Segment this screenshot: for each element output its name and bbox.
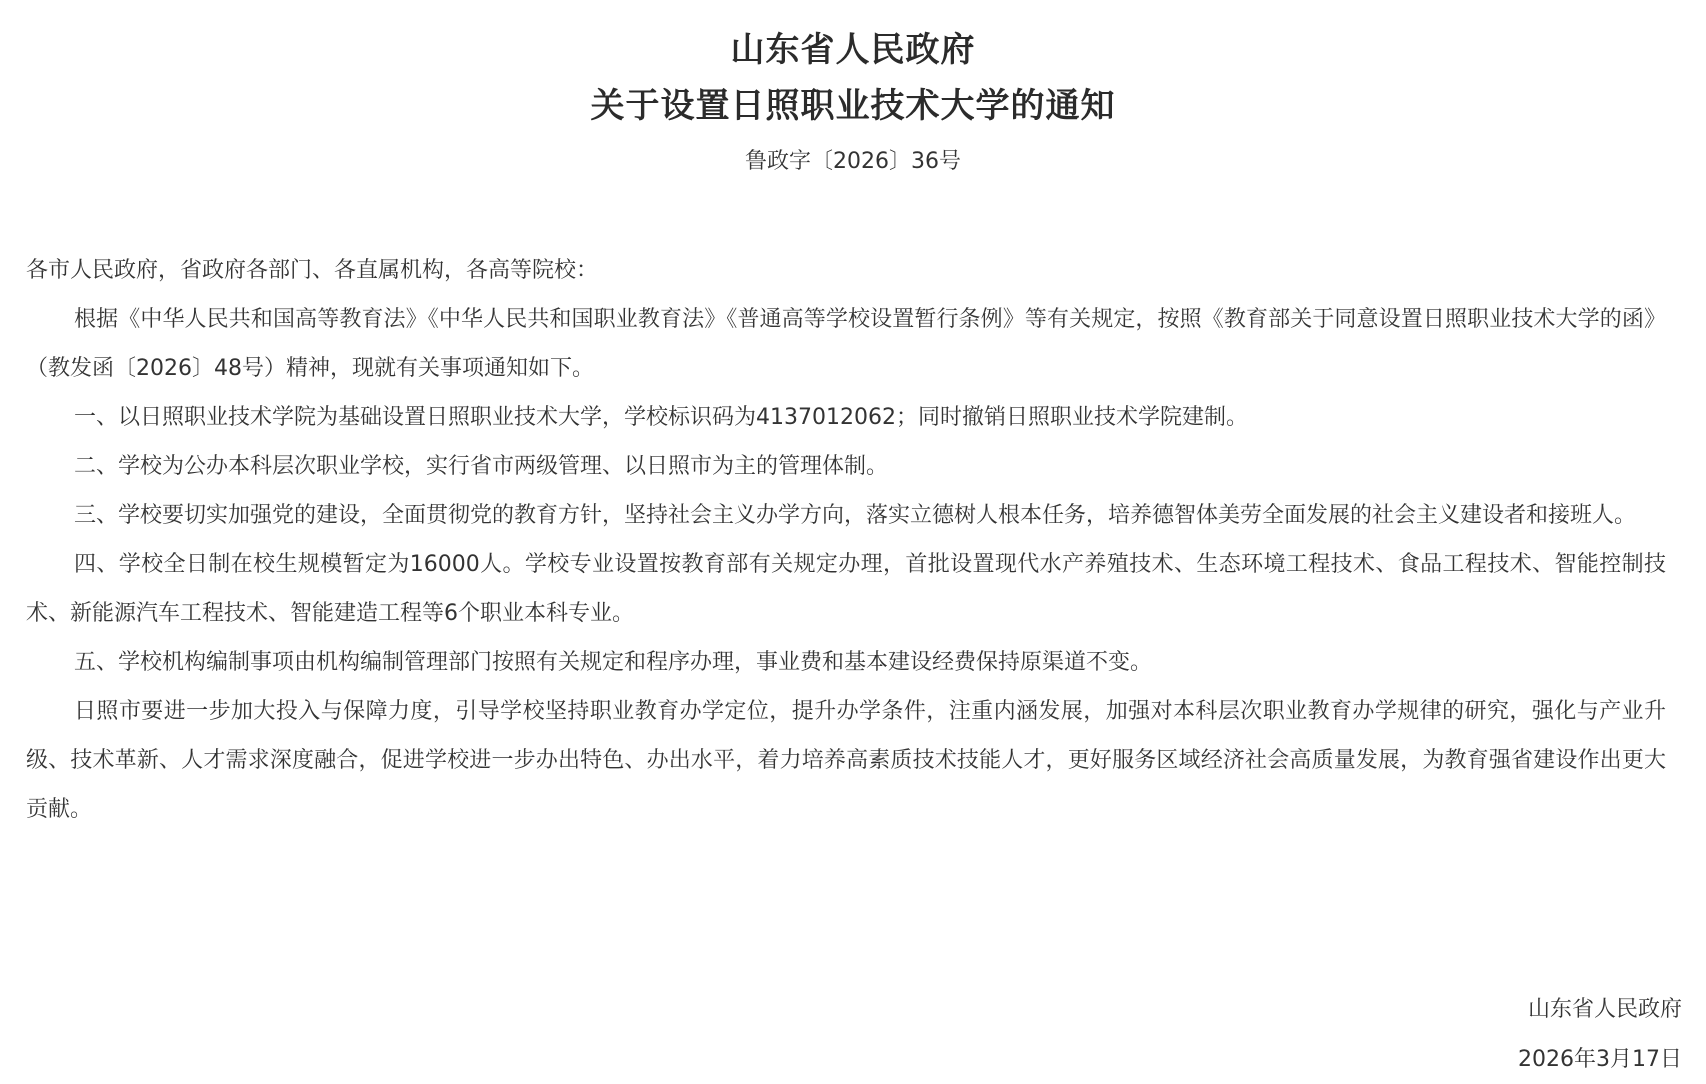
issue-date: 2026年3月17日 (1518, 1035, 1682, 1084)
paragraph-basis: 根据《中华人民共和国高等教育法》《中华人民共和国职业教育法》《普通高等学校设置暂… (26, 295, 1666, 393)
notice-document: 山东省人民政府 关于设置日照职业技术大学的通知 鲁政字〔2026〕36号 各市人… (0, 0, 1706, 1084)
notice-title: 关于设置日照职业技术大学的通知 (0, 78, 1706, 134)
addressee-line: 各市人民政府，省政府各部门、各直属机构，各高等院校： (26, 246, 1666, 295)
issuer-title: 山东省人民政府 (0, 22, 1706, 78)
paragraph-conclusion: 日照市要进一步加大投入与保障力度，引导学校坚持职业教育办学定位，提升办学条件，注… (26, 687, 1666, 834)
document-number: 鲁政字〔2026〕36号 (0, 142, 1706, 182)
paragraph-item-2: 二、学校为公办本科层次职业学校，实行省市两级管理、以日照市为主的管理体制。 (26, 442, 1666, 491)
document-closing: 山东省人民政府 2026年3月17日 (1518, 985, 1682, 1084)
paragraph-item-4: 四、学校全日制在校生规模暂定为16000人。学校专业设置按教育部有关规定办理，首… (26, 540, 1666, 638)
paragraph-item-1: 一、以日照职业技术学院为基础设置日照职业技术大学，学校标识码为413701206… (26, 393, 1666, 442)
signature: 山东省人民政府 (1518, 985, 1682, 1035)
paragraph-item-3: 三、学校要切实加强党的建设，全面贯彻党的教育方针，坚持社会主义办学方向，落实立德… (26, 491, 1666, 540)
paragraph-item-5: 五、学校机构编制事项由机构编制管理部门按照有关规定和程序办理，事业费和基本建设经… (26, 638, 1666, 687)
document-body: 各市人民政府，省政府各部门、各直属机构，各高等院校： 根据《中华人民共和国高等教… (26, 246, 1666, 834)
document-header: 山东省人民政府 关于设置日照职业技术大学的通知 鲁政字〔2026〕36号 (0, 0, 1706, 182)
